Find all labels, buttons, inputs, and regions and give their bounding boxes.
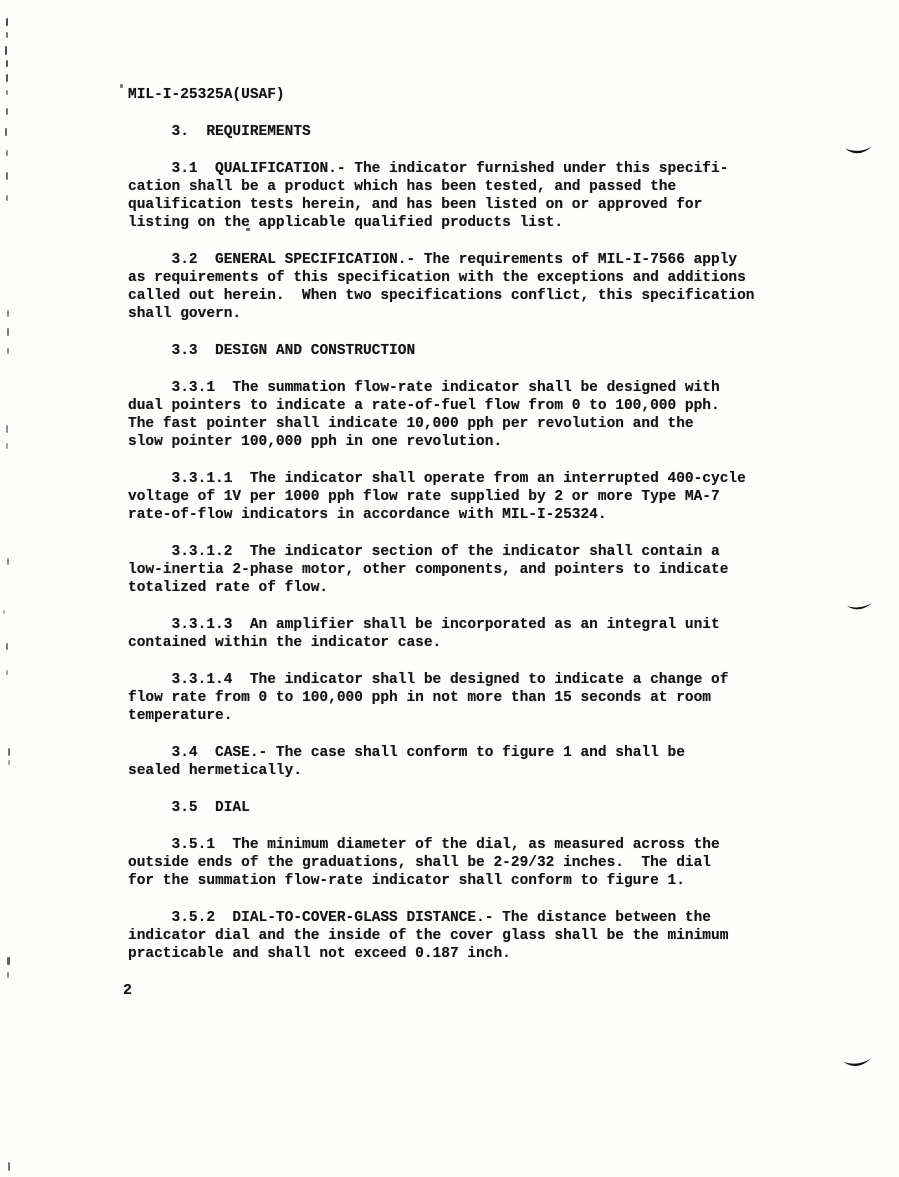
- scan-speck: [7, 558, 9, 565]
- crescent-mark-middle: [846, 601, 874, 620]
- para-3-3-1-2: 3.3.1.2 The indicator section of the ind…: [128, 543, 828, 597]
- text-column: MIL-I-25325A(USAF) 3. REQUIREMENTS 3.1 Q…: [128, 0, 828, 1000]
- para-3-5-1: 3.5.1 The minimum diameter of the dial, …: [128, 836, 828, 890]
- scan-speck: [7, 310, 9, 317]
- scan-speck: [7, 957, 10, 965]
- scan-speck: [6, 443, 8, 449]
- crescent-mark-top: [843, 144, 875, 165]
- scan-speck: [5, 46, 7, 55]
- scan-speck: [7, 328, 9, 336]
- scan-speck: [6, 195, 8, 201]
- scan-speck: [6, 108, 8, 115]
- scan-speck: [120, 84, 123, 88]
- scan-speck: [6, 32, 8, 38]
- scan-speck: [6, 172, 8, 180]
- scan-speck: [7, 348, 9, 354]
- scan-speck: [8, 1162, 10, 1171]
- scan-speck: [6, 670, 8, 675]
- para-3-4-case: 3.4 CASE.- The case shall conform to fig…: [128, 744, 828, 780]
- scan-speck: [8, 760, 10, 765]
- scan-speck: [7, 972, 9, 978]
- scan-speck: [5, 128, 7, 136]
- para-3-3-1-3: 3.3.1.3 An amplifier shall be incorporat…: [128, 616, 828, 652]
- scan-speck: [8, 748, 10, 756]
- scan-speck: [6, 18, 8, 26]
- scan-speck: [6, 150, 8, 156]
- crescent-mark-bottom: [841, 1056, 873, 1077]
- heading-3-5-dial: 3.5 DIAL: [128, 799, 828, 817]
- scan-speck: [6, 90, 8, 95]
- para-3-5-2: 3.5.2 DIAL-TO-COVER-GLASS DISTANCE.- The…: [128, 909, 828, 963]
- scan-speck: [6, 643, 8, 650]
- para-3-1-qualification: 3.1 QUALIFICATION.- The indicator furnis…: [128, 160, 828, 232]
- scan-speck: [6, 425, 8, 433]
- scan-speck: [6, 74, 8, 82]
- heading-3-3-design-and-construction: 3.3 DESIGN AND CONSTRUCTION: [128, 342, 828, 360]
- page-number: 2: [123, 982, 828, 1000]
- scan-speck: [6, 60, 8, 67]
- document-id-header: MIL-I-25325A(USAF): [128, 86, 828, 104]
- para-3-3-1-4: 3.3.1.4 The indicator shall be designed …: [128, 671, 828, 725]
- para-3-3-1: 3.3.1 The summation flow-rate indicator …: [128, 379, 828, 451]
- scanned-document-page: MIL-I-25325A(USAF) 3. REQUIREMENTS 3.1 Q…: [0, 0, 899, 1177]
- scan-speck: [3, 610, 5, 614]
- para-3-3-1-1: 3.3.1.1 The indicator shall operate from…: [128, 470, 828, 524]
- para-3-2-general-specification: 3.2 GENERAL SPECIFICATION.- The requirem…: [128, 251, 828, 323]
- section-3-heading: 3. REQUIREMENTS: [128, 123, 828, 141]
